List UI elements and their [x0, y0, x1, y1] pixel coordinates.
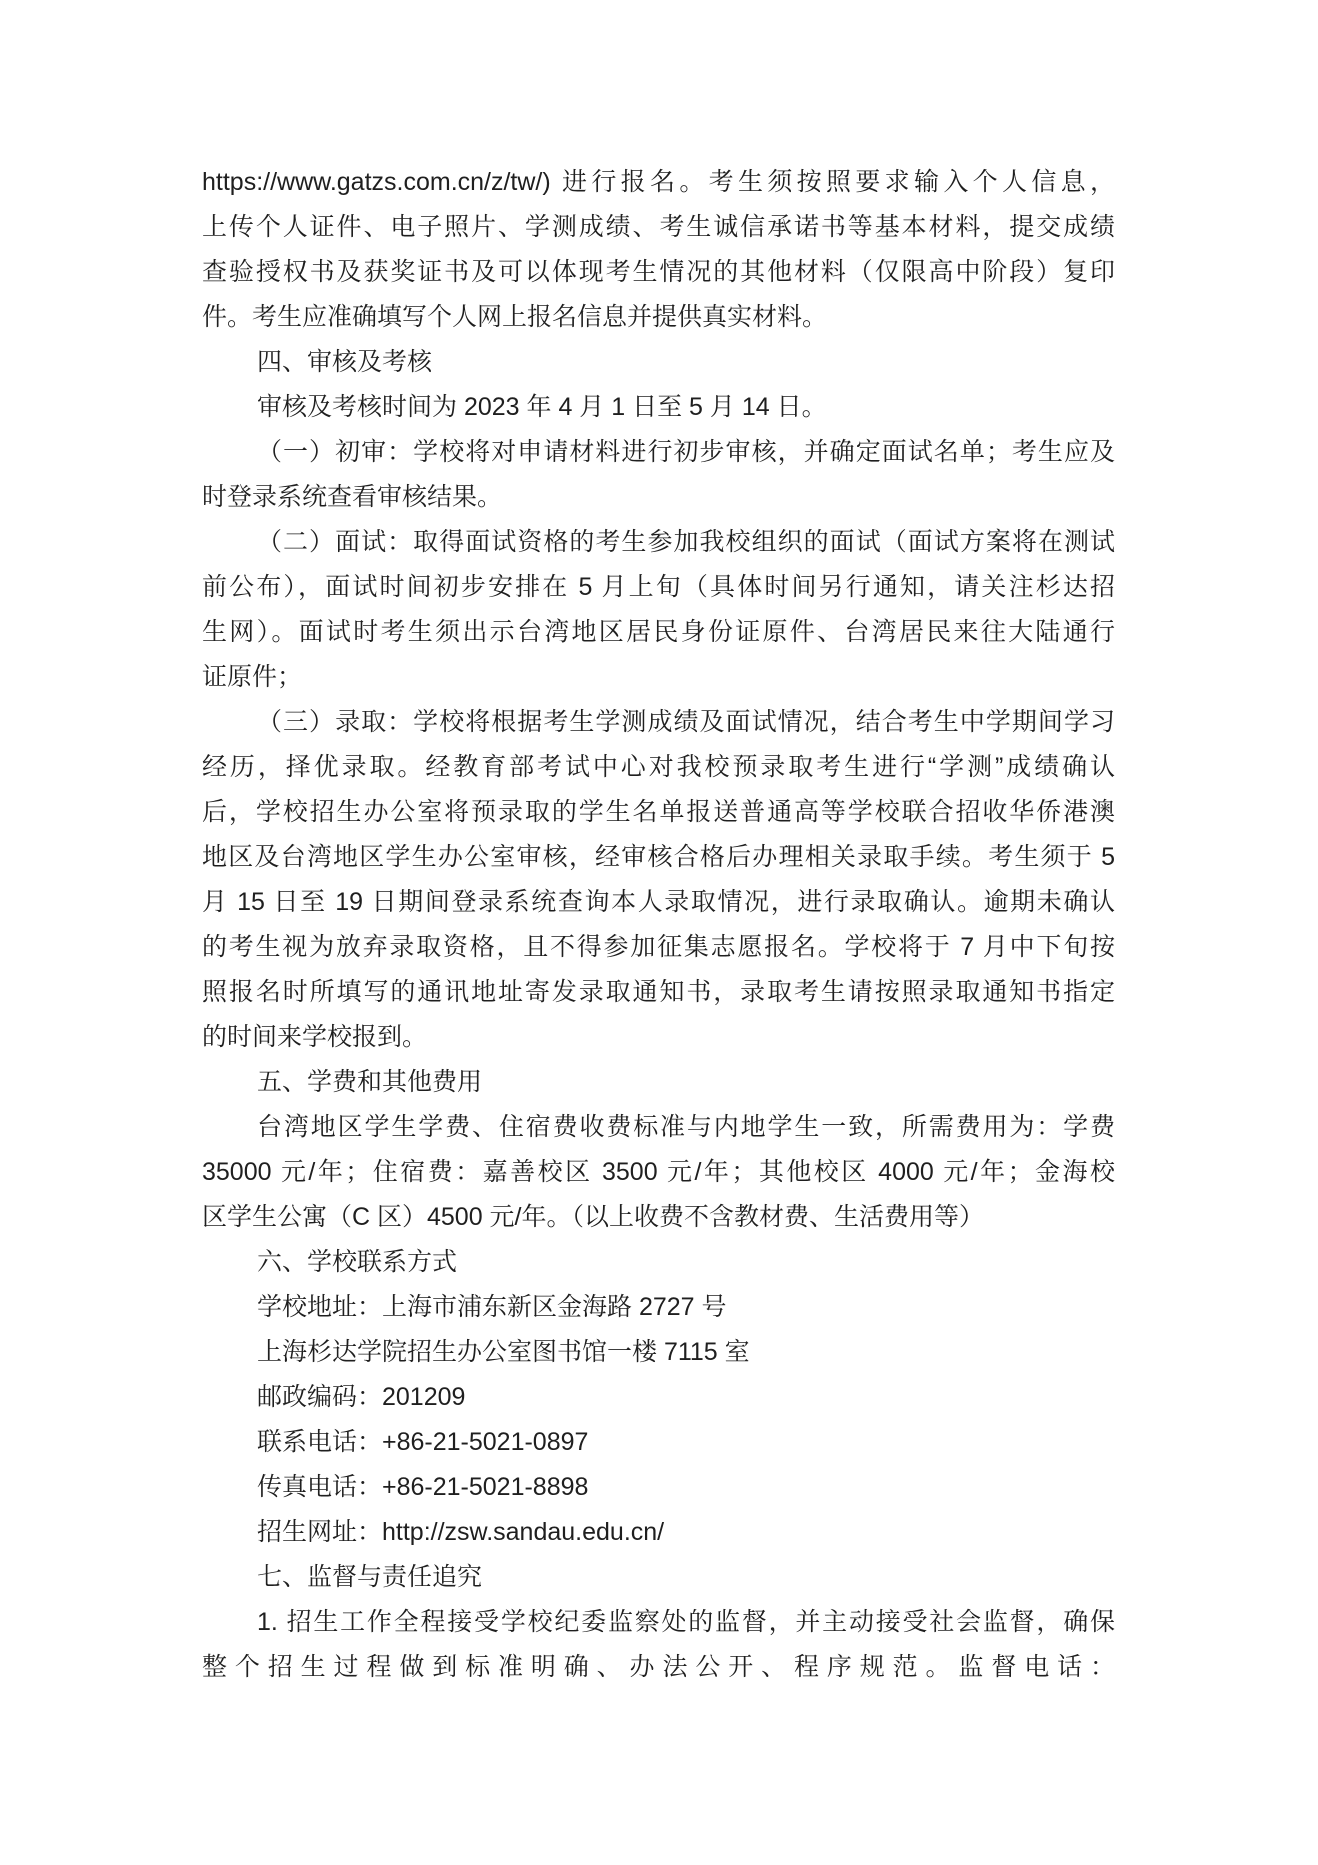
contact-fax-line: 传真电话：+86-21-5021-8898: [202, 1465, 1115, 1510]
doc-line: 上传个人证件、电子照片、学测成绩、考生诚信承诺书等基本材料，提交成绩: [202, 205, 1115, 250]
doc-line: 件。考生应准确填写个人网上报名信息并提供真实材料。: [202, 295, 1115, 340]
doc-line: 后，学校招生办公室将预录取的学生名单报送普通高等学校联合招收华侨港澳: [202, 790, 1115, 835]
contact-phone-line: 联系电话：+86-21-5021-0897: [202, 1420, 1115, 1465]
doc-line: 地区及台湾地区学生办公室审核，经审核合格后办理相关录取手续。考生须于 5: [202, 835, 1115, 880]
doc-line: 生网）。面试时考生须出示台湾地区居民身份证原件、台湾居民来往大陆通行: [202, 610, 1115, 655]
doc-line: 区学生公寓（C 区）4500 元/年。（以上收费不含教材费、生活费用等）: [202, 1195, 1115, 1240]
doc-line: （一）初审：学校将对申请材料进行初步审核，并确定面试名单；考生应及: [202, 430, 1115, 475]
contact-room-line: 上海杉达学院招生办公室图书馆一楼 7115 室: [202, 1330, 1115, 1375]
section-heading-review: 四、审核及考核: [202, 340, 1115, 385]
doc-line: 查验授权书及获奖证书及可以体现考生情况的其他材料（仅限高中阶段）复印: [202, 250, 1115, 295]
doc-line: 前公布），面试时间初步安排在 5 月上旬（具体时间另行通知，请关注杉达招: [202, 565, 1115, 610]
section-heading-supervision: 七、监督与责任追究: [202, 1555, 1115, 1600]
doc-line: （三）录取：学校将根据考生学测成绩及面试情况，结合考生中学期间学习: [202, 700, 1115, 745]
section-heading-fees: 五、学费和其他费用: [202, 1060, 1115, 1105]
section-heading-contact: 六、学校联系方式: [202, 1240, 1115, 1285]
contact-postcode-line: 邮政编码：201209: [202, 1375, 1115, 1420]
doc-line: （二）面试：取得面试资格的考生参加我校组织的面试（面试方案将在测试: [202, 520, 1115, 565]
doc-line: 台湾地区学生学费、住宿费收费标准与内地学生一致，所需费用为：学费: [202, 1105, 1115, 1150]
doc-line: 经历，择优录取。经教育部考试中心对我校预录取考生进行“学测”成绩确认: [202, 745, 1115, 790]
doc-line: 月 15 日至 19 日期间登录系统查询本人录取情况，进行录取确认。逾期未确认: [202, 880, 1115, 925]
doc-line: 的时间来学校报到。: [202, 1015, 1115, 1060]
doc-line: 1. 招生工作全程接受学校纪委监察处的监督，并主动接受社会监督，确保: [202, 1600, 1115, 1645]
doc-line: 35000 元/年；住宿费：嘉善校区 3500 元/年；其他校区 4000 元/…: [202, 1150, 1115, 1195]
contact-address-line: 学校地址：上海市浦东新区金海路 2727 号: [202, 1285, 1115, 1330]
doc-line: 时登录系统查看审核结果。: [202, 475, 1115, 520]
contact-website-line: 招生网址：http://zsw.sandau.edu.cn/: [202, 1510, 1115, 1555]
doc-line: 证原件；: [202, 655, 1115, 700]
document-body: https://www.gatzs.com.cn/z/tw/) 进行报名。考生须…: [202, 160, 1115, 1690]
document-page: https://www.gatzs.com.cn/z/tw/) 进行报名。考生须…: [0, 0, 1318, 1865]
doc-line: 整个招生过程做到标准明确、办法公开、程序规范。监督电话：: [202, 1645, 1115, 1690]
doc-line: 审核及考核时间为 2023 年 4 月 1 日至 5 月 14 日。: [202, 385, 1115, 430]
doc-line: 照报名时所填写的通讯地址寄发录取通知书，录取考生请按照录取通知书指定: [202, 970, 1115, 1015]
doc-line: 的考生视为放弃录取资格，且不得参加征集志愿报名。学校将于 7 月中下旬按: [202, 925, 1115, 970]
doc-line: https://www.gatzs.com.cn/z/tw/) 进行报名。考生须…: [202, 160, 1115, 205]
